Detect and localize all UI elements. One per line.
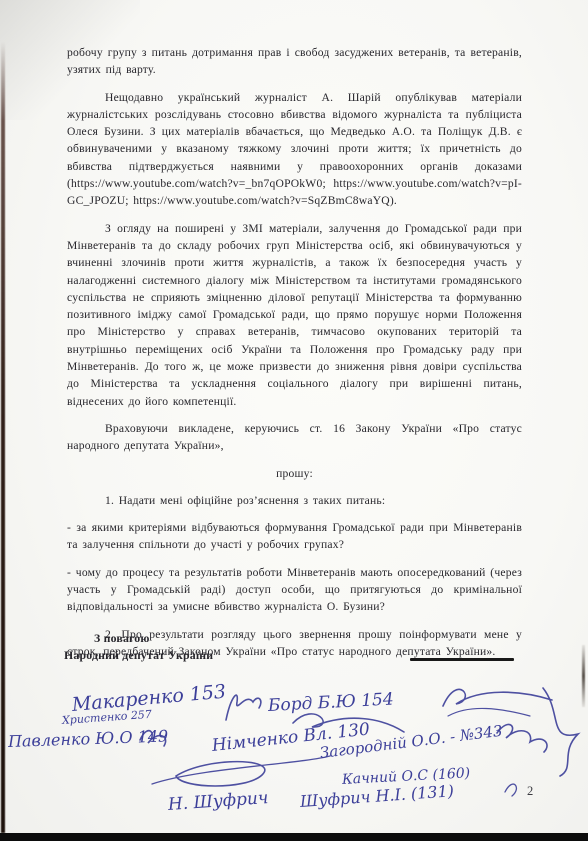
signature-scribble xyxy=(448,708,530,716)
handwritten-signature: Загородній О.О. - №343 xyxy=(319,722,504,762)
scan-right-edge-mark xyxy=(582,645,585,707)
signature-scribble xyxy=(140,731,166,746)
handwritten-signature: Німченко Вл. 130 xyxy=(211,719,371,755)
dash-item-1: - за якими критеріями відбуваються форму… xyxy=(67,519,522,554)
signoff-regards: З повагою xyxy=(64,630,213,647)
signature-scribble xyxy=(543,688,578,776)
handwritten-signature: Борд Б.Ю 154 xyxy=(267,689,394,716)
signoff-role: Народний депутат України xyxy=(64,647,213,664)
dash-item-2: - чому до процесу та результатів роботи … xyxy=(67,564,522,616)
scan-left-edge-shadow xyxy=(1,42,5,833)
request-word: прошу: xyxy=(67,465,522,482)
handwritten-signature: Павленко Ю.О 149 xyxy=(8,726,169,751)
signature-scribble xyxy=(152,756,330,784)
body-paragraph: З огляду на поширені у ЗМІ матеріали, за… xyxy=(67,220,522,410)
signature-scribble xyxy=(505,784,516,796)
signoff-block: З повагою Народний депутат України xyxy=(64,630,213,663)
scanned-document-page: робочу групу з питань дотримання прав і … xyxy=(0,0,588,841)
body-paragraph: Враховуючи викладене, керуючись ст. 16 З… xyxy=(67,420,522,455)
signature-line xyxy=(410,658,514,661)
handwritten-signature: Н. Шуфрич xyxy=(167,788,269,815)
signature-scribble xyxy=(443,689,552,706)
body-paragraph: Нещодавно український журналіст А. Шарій… xyxy=(67,89,522,210)
signature-scribble xyxy=(293,714,404,732)
handwritten-signature: Макаренко 153 xyxy=(71,681,227,716)
handwritten-signature: Шуфрич Н.І. (131) xyxy=(299,781,454,811)
handwritten-signature: Качний О.С (160) xyxy=(342,765,471,788)
signature-scribble xyxy=(176,762,265,786)
signature-scribble xyxy=(497,724,547,752)
page-number: 2 xyxy=(527,784,533,799)
body-paragraph: робочу групу з питань дотримання прав і … xyxy=(67,44,522,79)
signature-scribble xyxy=(226,695,261,720)
document-body: робочу групу з питань дотримання прав і … xyxy=(67,44,522,670)
scan-bottom-edge-bar xyxy=(0,833,588,841)
handwritten-signature: Христенко 257 xyxy=(62,708,153,727)
numbered-item-1: 1. Надати мені офіційне роз’яснення з та… xyxy=(67,492,522,509)
